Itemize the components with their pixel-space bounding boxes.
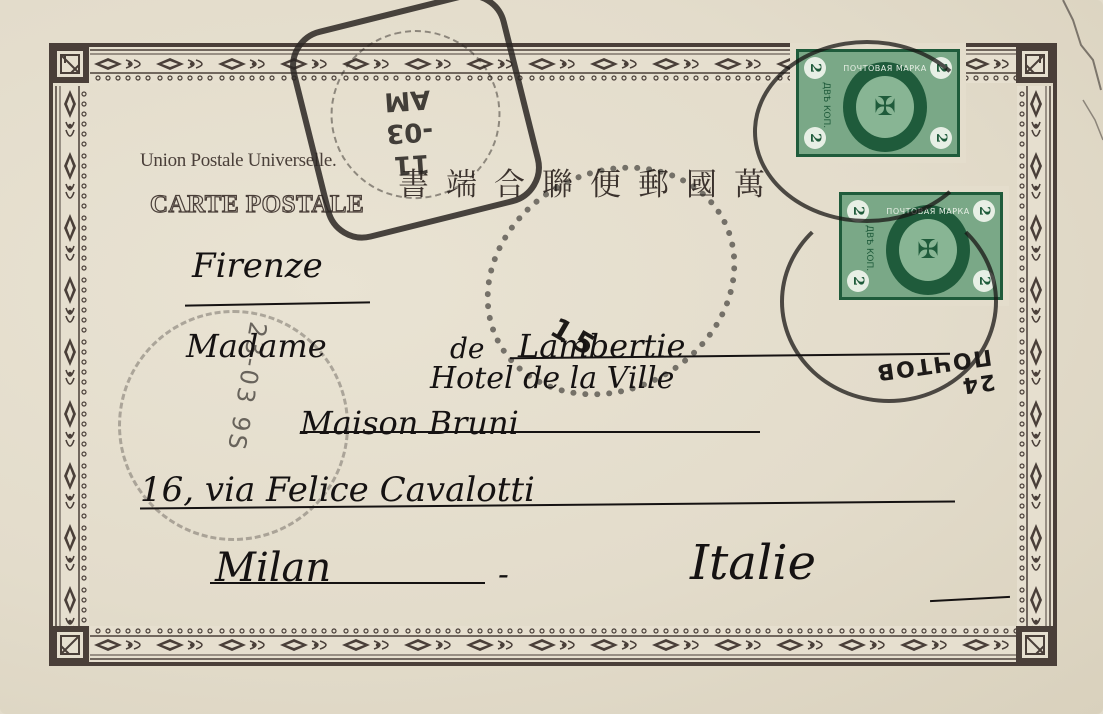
address-salutation: Madame xyxy=(186,327,327,365)
union-postale-text: Union Postale Universelle. xyxy=(140,150,336,172)
stamp-label: ПОЧТОВАЯ МАРКА xyxy=(839,64,931,73)
double-headed-eagle-icon: ✠ xyxy=(856,76,914,138)
stamp-value: 2 xyxy=(973,200,995,222)
postcard: Union Postale Universelle. CARTE POSTALE… xyxy=(0,0,1103,714)
stamp-denomination: ДВѢ КОП. xyxy=(821,82,831,128)
frame-corner-ornament-icon xyxy=(51,626,89,664)
strike-line xyxy=(210,582,485,584)
postage-stamp: 2 2 2 2 ДВѢ КОП. ✠ ПОЧТОВАЯ МАРКА xyxy=(790,43,966,163)
frame-border-bottom xyxy=(90,626,1016,662)
stamp-oval: ✠ xyxy=(886,205,970,295)
stamp-value: 2 xyxy=(973,270,995,292)
double-headed-eagle-icon: ✠ xyxy=(899,219,957,281)
address-city: Firenze xyxy=(192,246,323,286)
paper-crease xyxy=(1043,0,1103,200)
stamp-value: 2 xyxy=(804,57,826,79)
stamp-denomination: ДВѢ КОП. xyxy=(864,225,874,271)
stamp-value: 2 xyxy=(804,127,826,149)
address-recipient-name: Lambertie xyxy=(518,327,685,365)
address-old-line-1: Maison Bruni xyxy=(300,404,519,442)
carte-postale-title: CARTE POSTALE xyxy=(150,191,364,219)
cjk-title: 書端合聯便郵國萬 xyxy=(398,159,782,204)
frame-corner-ornament-icon xyxy=(1016,626,1054,664)
stamp-value: 2 xyxy=(930,127,952,149)
address-hotel: Hotel de la Ville xyxy=(430,361,674,396)
address-dash: - xyxy=(498,555,509,593)
address-old-city: Milan xyxy=(215,545,331,591)
frame-corner-ornament-icon xyxy=(51,45,89,83)
stamp-value: 2 xyxy=(930,57,952,79)
strike-line xyxy=(300,431,760,433)
stamp-value: 2 xyxy=(847,200,869,222)
stamp-oval: ✠ xyxy=(843,62,927,152)
postage-stamp: 2 2 2 2 ДВѢ КОП. ✠ ПОЧТОВАЯ МАРКА xyxy=(833,186,1009,306)
address-country: Italie xyxy=(690,535,816,591)
frame-border-left xyxy=(53,86,89,626)
stamp-value: 2 xyxy=(847,270,869,292)
stamp-label: ПОЧТОВАЯ МАРКА xyxy=(882,207,974,216)
